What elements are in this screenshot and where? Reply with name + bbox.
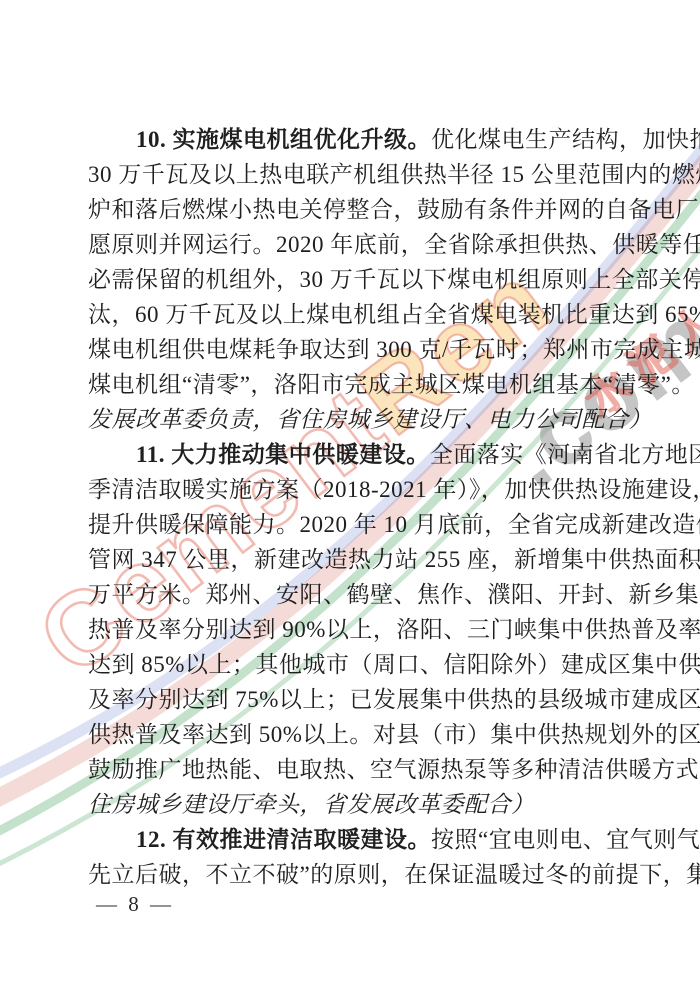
text-run: 11. 大力推动集中供暖建设。 <box>136 442 430 467</box>
text-run: 发展改革委负责，省住房城乡建设厅、电力公司配合） <box>88 407 652 432</box>
text-line-item-11: 11. 大力推动集中供暖建设。全面落实《河南省北方地区冬 <box>88 437 650 472</box>
text-run: 必需保留的机组外，30 万千瓦以下煤电机组原则上全部关停淘 <box>88 267 700 292</box>
text-run: 煤电机组供电煤耗争取达到 300 克/千瓦时；郑州市完成主城区 <box>88 337 700 362</box>
text-line-item-10: 汰，60 万千瓦及以上煤电机组占全省煤电装机比重达到 65%， <box>88 297 650 332</box>
text-line-item-10: 10. 实施煤电机组优化升级。优化煤电生产结构，加快推进 <box>88 122 650 157</box>
text-line-item-11: 万平方米。郑州、安阳、鹤壁、焦作、濮阳、开封、新乡集中供 <box>88 577 650 612</box>
text-run: 季清洁取暖实施方案（2018-2021 年）》，加快供热设施建设， <box>88 477 700 502</box>
text-run: 及率分别达到 75%以上；已发展集中供热的县级城市建成区集中 <box>88 687 700 712</box>
page-number: — 8 — <box>96 892 174 917</box>
text-run: 12. 有效推进清洁取暖建设。 <box>136 827 431 852</box>
text-line-item-10: 发展改革委负责，省住房城乡建设厅、电力公司配合） <box>88 402 650 437</box>
text-line-item-11: 达到 85%以上；其他城市（周口、信阳除外）建成区集中供热普 <box>88 647 650 682</box>
text-line-item-11: 管网 347 公里，新建改造热力站 255 座，新增集中供热面积 3820 <box>88 542 650 577</box>
text-run: 愿原则并网运行。2020 年底前，全省除承担供热、供暖等任务 <box>88 232 700 257</box>
text-run: 万平方米。郑州、安阳、鹤壁、焦作、濮阳、开封、新乡集中供 <box>88 582 700 607</box>
text-line-item-11: 热普及率分别达到 90%以上，洛阳、三门峡集中供热普及率分别 <box>88 612 650 647</box>
text-line-item-11: 住房城乡建设厅牵头，省发展改革委配合） <box>88 787 650 822</box>
text-run: 供热普及率达到 50%以上。对县（市）集中供热规划外的区域， <box>88 722 700 747</box>
text-run: 先立后破，不立不破”的原则，在保证温暖过冬的前提下，集中 <box>88 862 700 887</box>
text-line-item-11: 供热普及率达到 50%以上。对县（市）集中供热规划外的区域， <box>88 717 650 752</box>
document-text: 10. 实施煤电机组优化升级。优化煤电生产结构，加快推进30 万千瓦及以上热电联… <box>88 122 650 892</box>
text-line-item-10: 炉和落后燃煤小热电关停整合，鼓励有条件并网的自备电厂按自 <box>88 192 650 227</box>
text-line-item-10: 愿原则并网运行。2020 年底前，全省除承担供热、供暖等任务 <box>88 227 650 262</box>
text-run: 管网 347 公里，新建改造热力站 255 座，新增集中供热面积 3820 <box>88 547 700 572</box>
text-run: 煤电机组“清零”，洛阳市完成主城区煤电机组基本“清零”。 <box>88 372 695 397</box>
text-run: 全面落实《河南省北方地区冬 <box>430 442 700 467</box>
text-line-item-11: 季清洁取暖实施方案（2018-2021 年）》，加快供热设施建设， <box>88 472 650 507</box>
text-run: 优化煤电生产结构，加快推进 <box>431 127 700 152</box>
text-run: 按照“宜电则电、宜气则气， <box>431 827 700 852</box>
text-line-item-12: 先立后破，不立不破”的原则，在保证温暖过冬的前提下，集中 <box>88 857 650 892</box>
text-run: 住房城乡建设厅牵头，省发展改革委配合） <box>88 792 535 817</box>
text-line-item-11: 提升供暖保障能力。2020 年 10 月底前，全省完成新建改造供热 <box>88 507 650 542</box>
text-run: 炉和落后燃煤小热电关停整合，鼓励有条件并网的自备电厂按自 <box>88 197 700 222</box>
text-run: 提升供暖保障能力。2020 年 10 月底前，全省完成新建改造供热 <box>88 512 700 537</box>
text-line-item-10: 煤电机组“清零”，洛阳市完成主城区煤电机组基本“清零”。（省 <box>88 367 650 402</box>
text-run: （省 <box>695 372 700 397</box>
text-run: 热普及率分别达到 90%以上，洛阳、三门峡集中供热普及率分别 <box>88 617 700 642</box>
text-line-item-11: 及率分别达到 75%以上；已发展集中供热的县级城市建成区集中 <box>88 682 650 717</box>
text-run: 汰，60 万千瓦及以上煤电机组占全省煤电装机比重达到 65%， <box>88 302 700 327</box>
text-run: 10. 实施煤电机组优化升级。 <box>136 127 431 152</box>
text-line-item-11: 鼓励推广地热能、电取热、空气源热泵等多种清洁供暖方式。（省 <box>88 752 650 787</box>
text-line-item-10: 必需保留的机组外，30 万千瓦以下煤电机组原则上全部关停淘 <box>88 262 650 297</box>
text-line-item-10: 煤电机组供电煤耗争取达到 300 克/千瓦时；郑州市完成主城区 <box>88 332 650 367</box>
text-run: 鼓励推广地热能、电取热、空气源热泵等多种清洁供暖方式。 <box>88 757 700 782</box>
text-run: 达到 85%以上；其他城市（周口、信阳除外）建成区集中供热普 <box>88 652 700 677</box>
document-page: CementRen .com 水泥人网 10. 实施煤电机组优化升级。优化煤电生… <box>0 0 700 989</box>
text-line-item-10: 30 万千瓦及以上热电联产机组供热半径 15 公里范围内的燃煤锅 <box>88 157 650 192</box>
text-run: 30 万千瓦及以上热电联产机组供热半径 15 公里范围内的燃煤锅 <box>88 162 700 187</box>
text-line-item-12: 12. 有效推进清洁取暖建设。按照“宜电则电、宜气则气， <box>88 822 650 857</box>
